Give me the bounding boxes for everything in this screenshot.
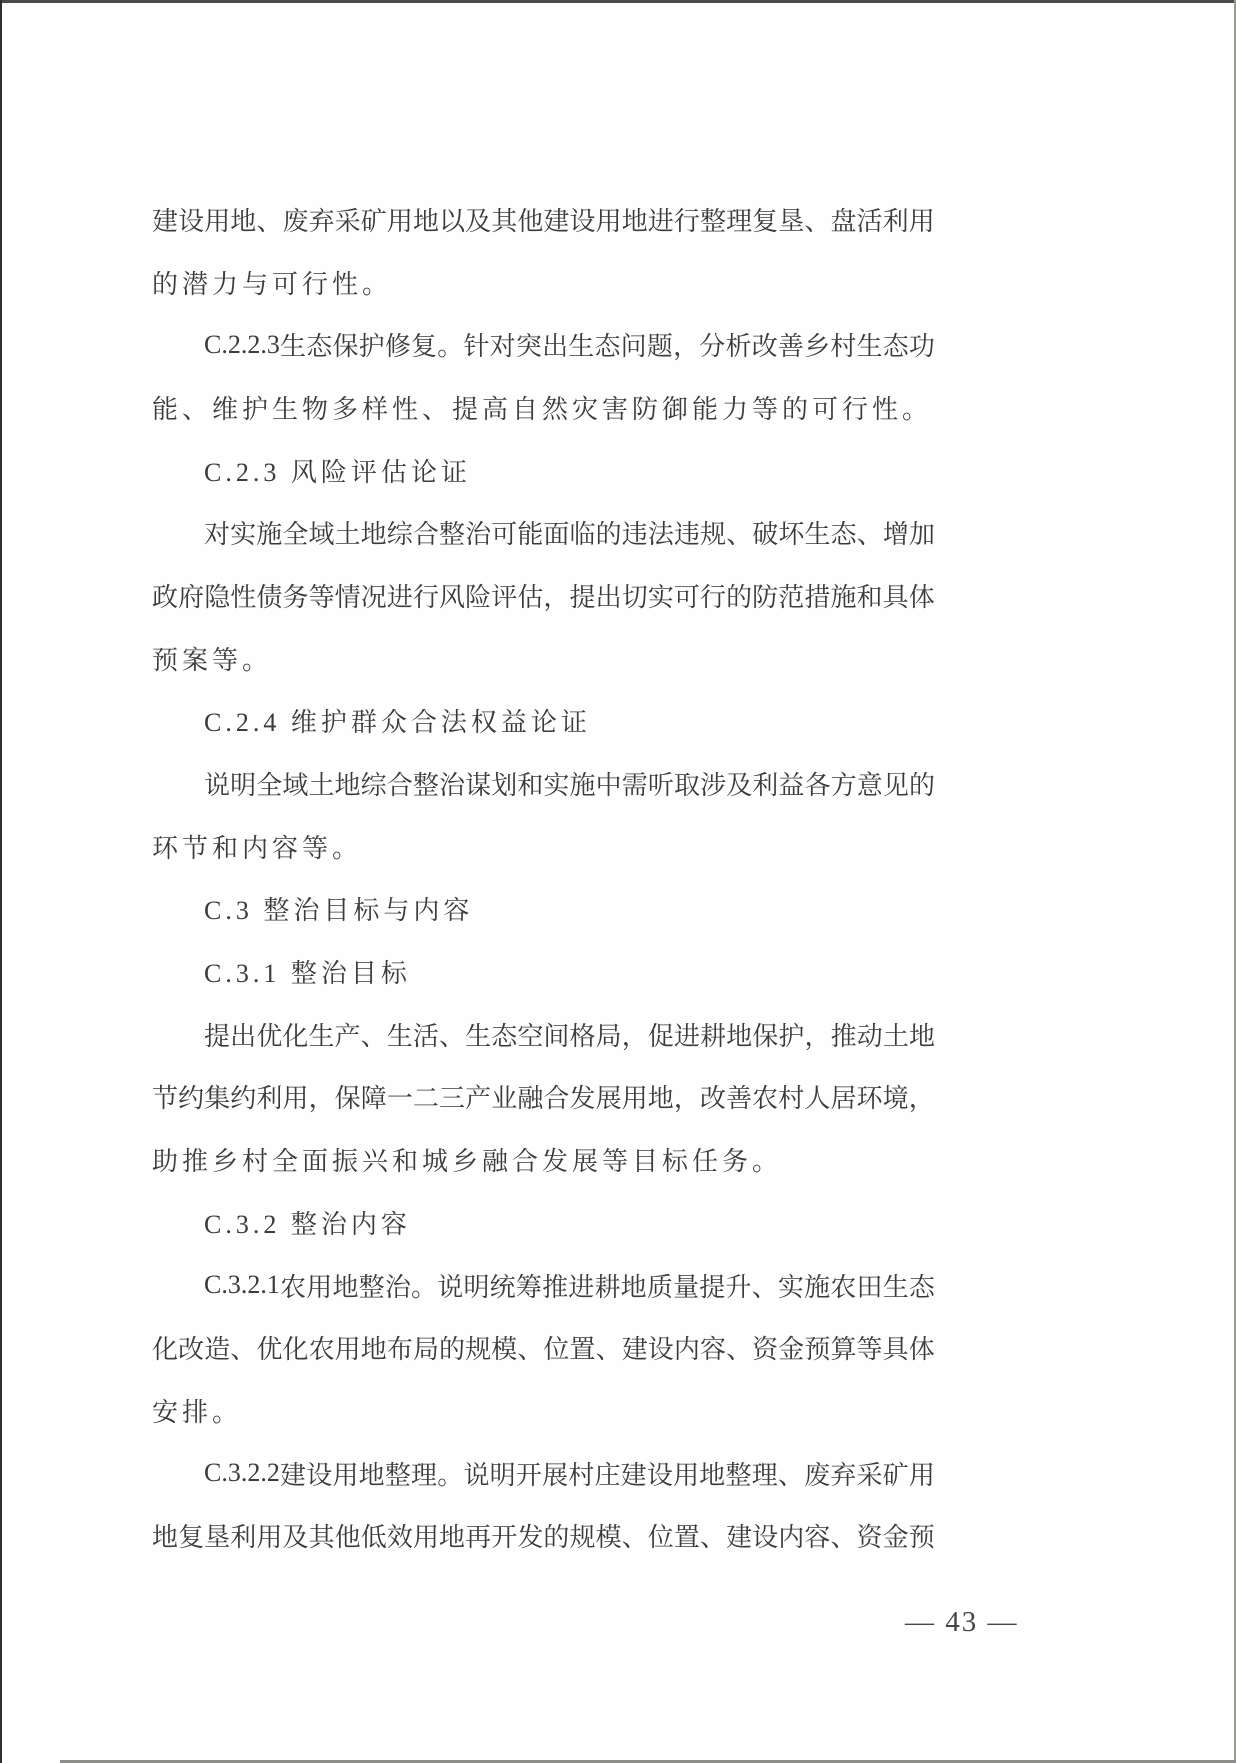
text-line: C.2.2.3生态保护修复。针对突出生态问题，分析改善乡村生态功 xyxy=(152,313,935,376)
text-line: 政府隐性债务等情况进行风险评估，提出切实可行的防范措施和具体 xyxy=(152,564,935,627)
text-line: 的潜力与可行性。 xyxy=(152,251,935,314)
text-line: 节约集约利用，保障一二三产业融合发展用地，改善农村人居环境， xyxy=(152,1066,935,1129)
heading-line: C.3 整治目标与内容 xyxy=(152,878,935,941)
text-line: 建设用地、废弃采矿用地以及其他建设用地进行整理复垦、盘活利用 xyxy=(152,188,935,251)
heading-line: C.2.4 维护群众合法权益论证 xyxy=(152,690,935,753)
document-text-block: 建设用地、废弃采矿用地以及其他建设用地进行整理复垦、盘活利用 的潜力与可行性。 … xyxy=(152,188,935,1567)
text-line: 说明全域土地综合整治谋划和实施中需听取涉及利益各方意见的 xyxy=(152,752,935,815)
scan-edge-left xyxy=(0,0,2,1763)
text-line: 安排。 xyxy=(152,1379,935,1442)
text-line: 助推乡村全面振兴和城乡融合发展等目标任务。 xyxy=(152,1128,935,1191)
text-line: 提出优化生产、生活、生态空间格局，促进耕地保护，推动土地 xyxy=(152,1003,935,1066)
text-line: C.3.2.1农用地整治。说明统筹推进耕地质量提升、实施农田生态 xyxy=(152,1254,935,1317)
scan-edge-top xyxy=(0,0,1236,3)
text-line: C.3.2.2建设用地整理。说明开展村庄建设用地整理、废弃采矿用 xyxy=(152,1442,935,1505)
heading-line: C.3.2 整治内容 xyxy=(152,1191,935,1254)
text-line: 化改造、优化农用地布局的规模、位置、建设内容、资金预算等具体 xyxy=(152,1316,935,1379)
heading-line: C.3.1 整治目标 xyxy=(152,940,935,1003)
text-line: 环节和内容等。 xyxy=(152,815,935,878)
text-line: 地复垦利用及其他低效用地再开发的规模、位置、建设内容、资金预 xyxy=(152,1504,935,1567)
page-number: — 43 — xyxy=(905,1606,1025,1639)
heading-line: C.2.3 风险评估论证 xyxy=(152,439,935,502)
text-line: 对实施全域土地综合整治可能面临的违法违规、破坏生态、增加 xyxy=(152,501,935,564)
text-line: 能、维护生物多样性、提高自然灾害防御能力等的可行性。 xyxy=(152,376,935,439)
text-line: 预案等。 xyxy=(152,627,935,690)
